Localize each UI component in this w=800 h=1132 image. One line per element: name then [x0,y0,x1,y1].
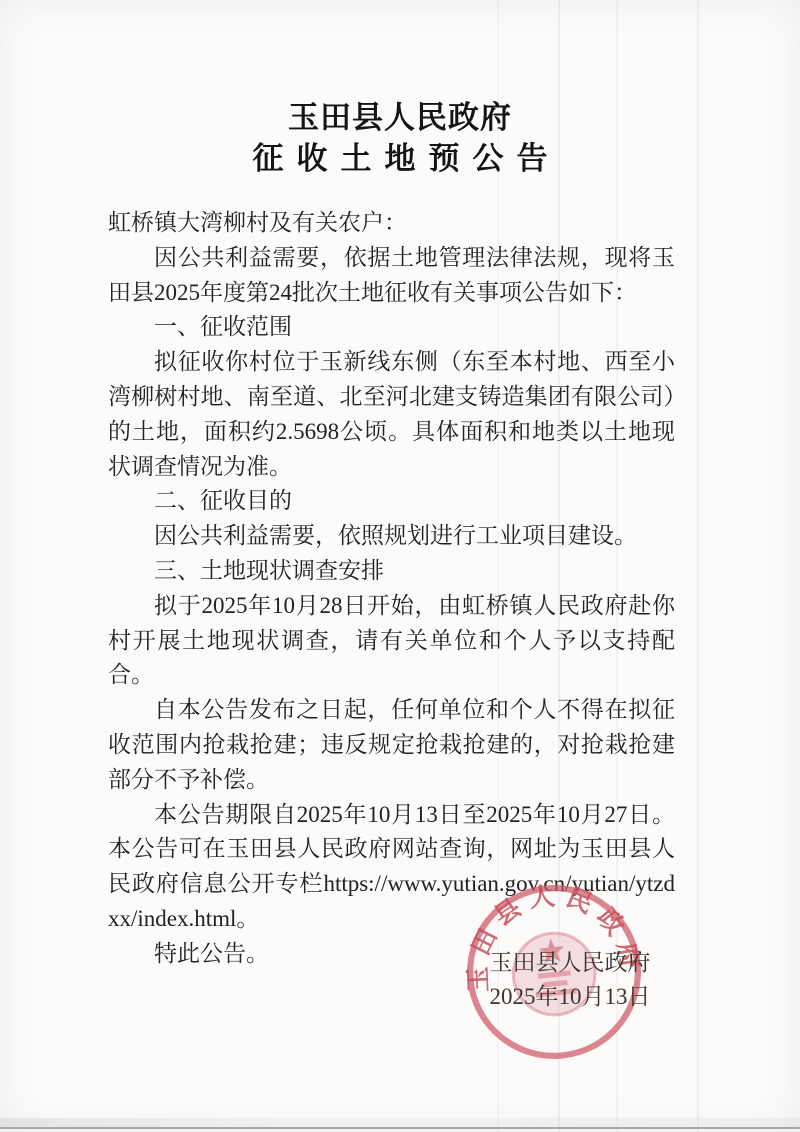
scan-edge-line [0,1127,800,1129]
signature-org: 玉田县人民政府 [468,946,672,980]
section-heading-2: 二、征收目的 [108,484,675,519]
signature-date: 2025年10月13日 [468,980,672,1014]
scan-edge-shadow [0,1118,800,1127]
notice-title: 征收土地预公告 [0,133,800,178]
section-heading-3: 三、土地现状调查安排 [108,554,675,589]
org-title: 玉田县人民政府 [0,92,800,137]
section-heading-1: 一、征收范围 [108,310,675,345]
document-page: 玉田县人民政府 征收土地预公告 虹桥镇大湾柳村及有关农户： 因公共利益需要，依据… [0,0,800,1132]
notice-body: 虹桥镇大湾柳村及有关农户： 因公共利益需要，依据土地管理法律法规，现将玉田县20… [108,206,675,972]
paragraph-scope: 拟征收你村位于玉新线东侧（东至本村地、西至小湾柳树村地、南至道、北至河北建支铸造… [108,345,675,484]
paragraph-survey: 拟于2025年10月28日开始，由虹桥镇人民政府赴你村开展土地现状调查，请有关单… [108,589,675,693]
paragraph-prohibition: 自本公告发布之日起，任何单位和个人不得在拟征收范围内抢栽抢建；违反规定抢栽抢建的… [108,693,675,797]
paragraph-intro: 因公共利益需要，依据土地管理法律法规，现将玉田县2025年度第24批次土地征收有… [108,241,675,311]
signature-block: 玉田县人民政府 2025年10月13日 [468,946,672,1014]
salutation: 虹桥镇大湾柳村及有关农户： [108,206,675,241]
paragraph-purpose: 因公共利益需要，依照规划进行工业项目建设。 [108,519,675,554]
